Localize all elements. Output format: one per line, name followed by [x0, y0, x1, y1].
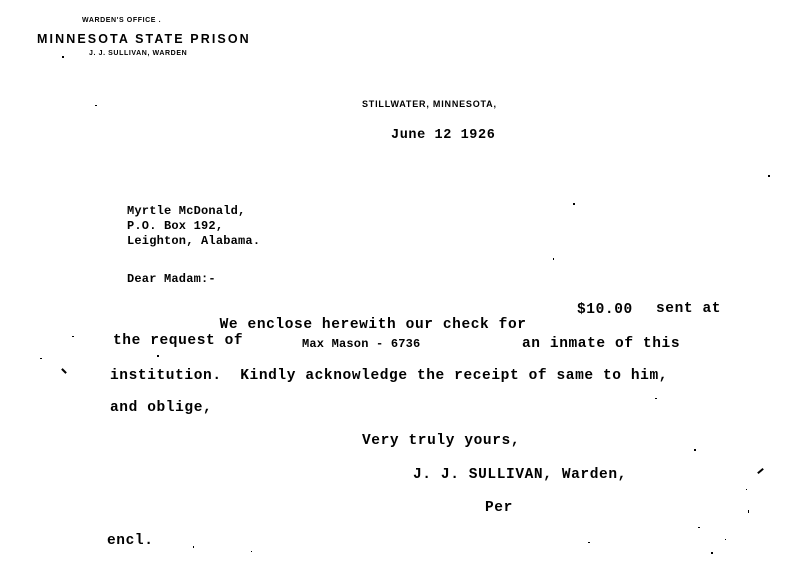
body-line-3: institution. Kindly acknowledge the rece… [110, 368, 668, 384]
scan-speck [655, 398, 657, 399]
scan-speck [748, 510, 749, 513]
scan-speck [711, 552, 713, 554]
scan-speck [746, 489, 747, 490]
recipient-address-2: Leighton, Alabama. [127, 234, 260, 248]
scan-scratch [757, 468, 764, 474]
scan-speck [95, 105, 97, 106]
inmate-name: Max Mason - 6736 [302, 337, 420, 351]
scan-speck [40, 358, 42, 359]
recipient-name: Myrtle McDonald, [127, 204, 245, 218]
recipient-address-1: P.O. Box 192, [127, 219, 223, 233]
enclosure-note: encl. [107, 533, 154, 549]
scan-speck [725, 539, 726, 540]
scan-speck [193, 546, 194, 548]
scan-speck [694, 449, 696, 451]
scan-speck [553, 258, 554, 260]
scan-scratch [61, 368, 67, 374]
body-line-4: and oblige, [110, 400, 212, 416]
scan-speck [72, 336, 74, 337]
scan-speck [768, 175, 770, 177]
scan-speck [573, 203, 575, 205]
check-amount: $10.00 [577, 302, 633, 318]
letter-date: June 12 1926 [391, 128, 495, 143]
salutation: Dear Madam:- [127, 272, 216, 286]
letterhead-warden: J. J. SULLIVAN, WARDEN [89, 50, 187, 57]
body-line-2-tail: an inmate of this [522, 336, 680, 352]
scan-speck [62, 56, 64, 58]
body-line-1: We enclose herewith our check for [201, 301, 527, 333]
per-line: Per [485, 500, 513, 516]
complimentary-close: Very truly yours, [362, 433, 520, 449]
scan-speck [588, 542, 590, 543]
place-line: STILLWATER, MINNESOTA, [362, 99, 497, 109]
signature-line: J. J. SULLIVAN, Warden, [413, 467, 627, 483]
scan-speck [157, 355, 159, 357]
letterhead-institution: MINNESOTA STATE PRISON [37, 32, 251, 46]
scan-speck [698, 527, 700, 528]
letterhead-office: WARDEN'S OFFICE . [82, 17, 161, 24]
body-line-1-text: We enclose herewith our check for [220, 317, 527, 333]
scan-speck [251, 551, 252, 552]
body-line-1-tail: sent at [656, 301, 721, 317]
body-line-2: the request of [113, 333, 243, 349]
